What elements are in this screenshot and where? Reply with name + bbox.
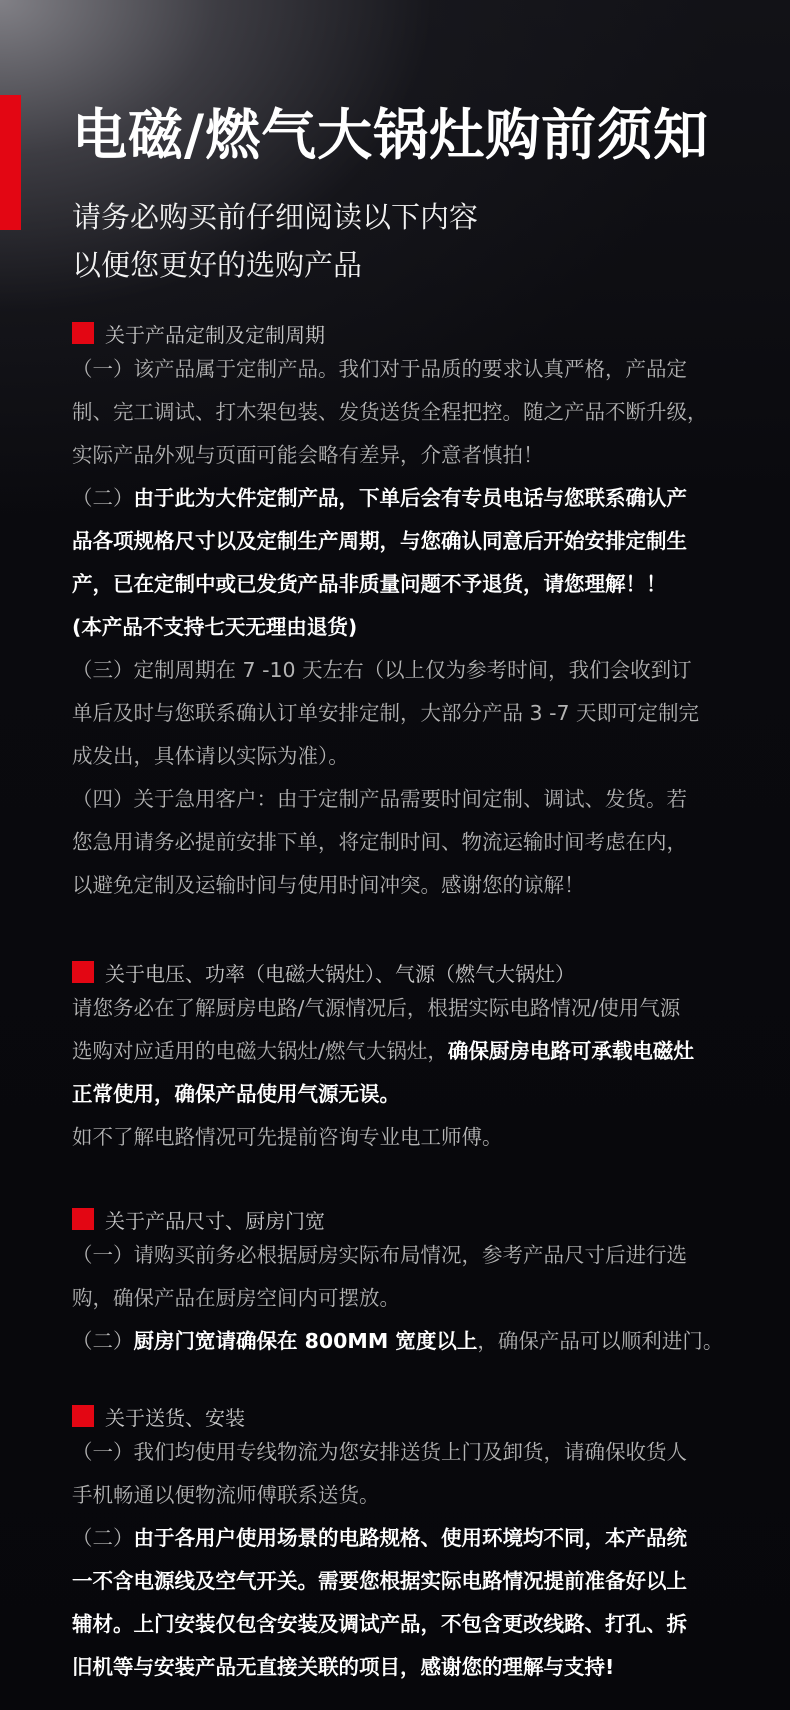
text-line: 旧机等与安装产品无直接关联的项目，感谢您的理解与支持! bbox=[72, 1646, 784, 1689]
text-line: （二）由于此为大件定制产品，下单后会有专员电话与您联系确认产 bbox=[72, 477, 784, 520]
emphasis-text: 旧机等与安装产品无直接关联的项目，感谢您的理解与支持! bbox=[72, 1655, 614, 1679]
subtitle-line: 请务必购买前仔细阅读以下内容 bbox=[72, 193, 478, 241]
body-text: 制、完工调试、打木架包装、发货送货全程把控。随之产品不断升级， bbox=[72, 400, 708, 424]
text-line: 以避免定制及运输时间与使用时间冲突。感谢您的谅解！ bbox=[72, 864, 784, 907]
text-line: （一）该产品属于定制产品。我们对于品质的要求认真严格，产品定 bbox=[72, 348, 784, 391]
section-voltage-gas: 关于电压、功率（电磁大锅灶）、气源（燃气大锅灶） 请您务必在了解厨房电路/气源情… bbox=[72, 957, 784, 1159]
section-header: 关于产品尺寸、厨房门宽 bbox=[72, 1204, 784, 1234]
section-header: 关于送货、安装 bbox=[72, 1401, 784, 1431]
section-size-door: 关于产品尺寸、厨房门宽 （一）请购买前务必根据厨房实际布局情况，参考产品尺寸后进… bbox=[72, 1204, 784, 1363]
text-line: 您急用请务必提前安排下单，将定制时间、物流运输时间考虑在内， bbox=[72, 821, 784, 864]
page-subtitle: 请务必购买前仔细阅读以下内容 以便您更好的选购产品 bbox=[72, 193, 478, 289]
body-text: 您急用请务必提前安排下单，将定制时间、物流运输时间考虑在内， bbox=[72, 830, 687, 854]
text-line: （三）定制周期在 7 -10 天左右（以上仅为参考时间，我们会收到订 bbox=[72, 649, 784, 692]
section-title: 关于电压、功率（电磁大锅灶）、气源（燃气大锅灶） bbox=[105, 958, 575, 987]
text-line: 制、完工调试、打木架包装、发货送货全程把控。随之产品不断升级， bbox=[72, 391, 784, 434]
body-text: 选购对应适用的电磁大锅灶/燃气大锅灶， bbox=[72, 1039, 448, 1063]
text-line: （一）我们均使用专线物流为您安排送货上门及卸货，请确保收货人 bbox=[72, 1431, 784, 1474]
body-text: ，确保产品可以顺利进门。 bbox=[477, 1329, 723, 1353]
body-text: （一）请购买前务必根据厨房实际布局情况，参考产品尺寸后进行选 bbox=[72, 1243, 687, 1267]
red-square-icon bbox=[72, 1208, 94, 1230]
emphasis-text: 正常使用，确保产品使用气源无误。 bbox=[72, 1082, 400, 1106]
text-line: (本产品不支持七天无理由退货) bbox=[72, 606, 784, 649]
text-line: 手机畅通以便物流师傅联系送货。 bbox=[72, 1474, 784, 1517]
section-customization: 关于产品定制及定制周期 （一）该产品属于定制产品。我们对于品质的要求认真严格，产… bbox=[72, 318, 784, 907]
section-title: 关于产品尺寸、厨房门宽 bbox=[105, 1205, 325, 1234]
body-text: 单后及时与您联系确认订单安排定制，大部分产品 3 -7 天即可定制完 bbox=[72, 701, 699, 725]
text-line: 品各项规格尺寸以及定制生产周期，与您确认同意后开始安排定制生 bbox=[72, 520, 784, 563]
red-square-icon bbox=[72, 961, 94, 983]
section-header: 关于电压、功率（电磁大锅灶）、气源（燃气大锅灶） bbox=[72, 957, 784, 987]
text-line: （四）关于急用客户：由于定制产品需要时间定制、调试、发货。若 bbox=[72, 778, 784, 821]
red-accent-bar bbox=[0, 95, 21, 230]
subtitle-line: 以便您更好的选购产品 bbox=[72, 241, 478, 289]
text-line: 辅材。上门安装仅包含安装及调试产品，不包含更改线路、打孔、拆 bbox=[72, 1603, 784, 1646]
text-line: （二）厨房门宽请确保在 800MM 宽度以上，确保产品可以顺利进门。 bbox=[72, 1320, 784, 1363]
emphasis-text: 产，已在定制中或已发货产品非质量问题不予退货，请您理解！！ bbox=[72, 572, 667, 596]
section-body: （一）我们均使用专线物流为您安排送货上门及卸货，请确保收货人手机畅通以便物流师傅… bbox=[72, 1431, 784, 1689]
text-line: （一）请购买前务必根据厨房实际布局情况，参考产品尺寸后进行选 bbox=[72, 1234, 784, 1277]
text-line: 如不了解电路情况可先提前咨询专业电工师傅。 bbox=[72, 1116, 784, 1159]
emphasis-text: 由于各用户使用场景的电路规格、使用环境均不同，本产品统 bbox=[134, 1526, 688, 1550]
body-text: （一）该产品属于定制产品。我们对于品质的要求认真严格，产品定 bbox=[72, 357, 687, 381]
emphasis-text: 品各项规格尺寸以及定制生产周期，与您确认同意后开始安排定制生 bbox=[72, 529, 687, 553]
emphasis-text: 确保厨房电路可承载电磁灶 bbox=[448, 1039, 694, 1063]
body-text: 实际产品外观与页面可能会略有差异，介意者慎拍！ bbox=[72, 443, 544, 467]
section-header: 关于产品定制及定制周期 bbox=[72, 318, 784, 348]
body-text: 成发出，具体请以实际为准）。 bbox=[72, 744, 349, 768]
page-title: 电磁/燃气大锅灶购前须知 bbox=[72, 98, 709, 172]
text-line: 选购对应适用的电磁大锅灶/燃气大锅灶，确保厨房电路可承载电磁灶 bbox=[72, 1030, 784, 1073]
text-line: 产，已在定制中或已发货产品非质量问题不予退货，请您理解！！ bbox=[72, 563, 784, 606]
section-body: （一）请购买前务必根据厨房实际布局情况，参考产品尺寸后进行选购，确保产品在厨房空… bbox=[72, 1234, 784, 1363]
body-text: （四）关于急用客户：由于定制产品需要时间定制、调试、发货。若 bbox=[72, 787, 687, 811]
red-square-icon bbox=[72, 322, 94, 344]
body-text: （二） bbox=[72, 1526, 134, 1550]
section-body: 请您务必在了解厨房电路/气源情况后，根据实际电路情况/使用气源选购对应适用的电磁… bbox=[72, 987, 784, 1159]
emphasis-text: 由于此为大件定制产品，下单后会有专员电话与您联系确认产 bbox=[134, 486, 688, 510]
red-square-icon bbox=[72, 1405, 94, 1427]
body-text: （三）定制周期在 7 -10 天左右（以上仅为参考时间，我们会收到订 bbox=[72, 658, 692, 682]
emphasis-text: 辅材。上门安装仅包含安装及调试产品，不包含更改线路、打孔、拆 bbox=[72, 1612, 687, 1636]
body-text: 以避免定制及运输时间与使用时间冲突。感谢您的谅解！ bbox=[72, 873, 585, 897]
emphasis-text: 一不含电源线及空气开关。需要您根据实际电路情况提前准备好以上 bbox=[72, 1569, 687, 1593]
body-text: （二） bbox=[72, 486, 134, 510]
text-line: 单后及时与您联系确认订单安排定制，大部分产品 3 -7 天即可定制完 bbox=[72, 692, 784, 735]
text-line: 正常使用，确保产品使用气源无误。 bbox=[72, 1073, 784, 1116]
text-line: 购，确保产品在厨房空间内可摆放。 bbox=[72, 1277, 784, 1320]
section-title: 关于产品定制及定制周期 bbox=[105, 319, 325, 348]
body-text: 手机畅通以便物流师傅联系送货。 bbox=[72, 1483, 380, 1507]
body-text: （一）我们均使用专线物流为您安排送货上门及卸货，请确保收货人 bbox=[72, 1440, 687, 1464]
text-line: 请您务必在了解厨房电路/气源情况后，根据实际电路情况/使用气源 bbox=[72, 987, 784, 1030]
section-body: （一）该产品属于定制产品。我们对于品质的要求认真严格，产品定制、完工调试、打木架… bbox=[72, 348, 784, 907]
body-text: （二） bbox=[72, 1329, 134, 1353]
text-line: 一不含电源线及空气开关。需要您根据实际电路情况提前准备好以上 bbox=[72, 1560, 784, 1603]
body-text: 购，确保产品在厨房空间内可摆放。 bbox=[72, 1286, 400, 1310]
body-text: 如不了解电路情况可先提前咨询专业电工师傅。 bbox=[72, 1125, 503, 1149]
emphasis-text: (本产品不支持七天无理由退货) bbox=[72, 615, 357, 639]
emphasis-text: 厨房门宽请确保在 800MM 宽度以上 bbox=[134, 1329, 478, 1353]
section-title: 关于送货、安装 bbox=[105, 1402, 245, 1431]
text-line: 成发出，具体请以实际为准）。 bbox=[72, 735, 784, 778]
section-delivery-install: 关于送货、安装 （一）我们均使用专线物流为您安排送货上门及卸货，请确保收货人手机… bbox=[72, 1401, 784, 1689]
body-text: 请您务必在了解厨房电路/气源情况后，根据实际电路情况/使用气源 bbox=[72, 996, 680, 1020]
text-line: （二）由于各用户使用场景的电路规格、使用环境均不同，本产品统 bbox=[72, 1517, 784, 1560]
text-line: 实际产品外观与页面可能会略有差异，介意者慎拍！ bbox=[72, 434, 784, 477]
